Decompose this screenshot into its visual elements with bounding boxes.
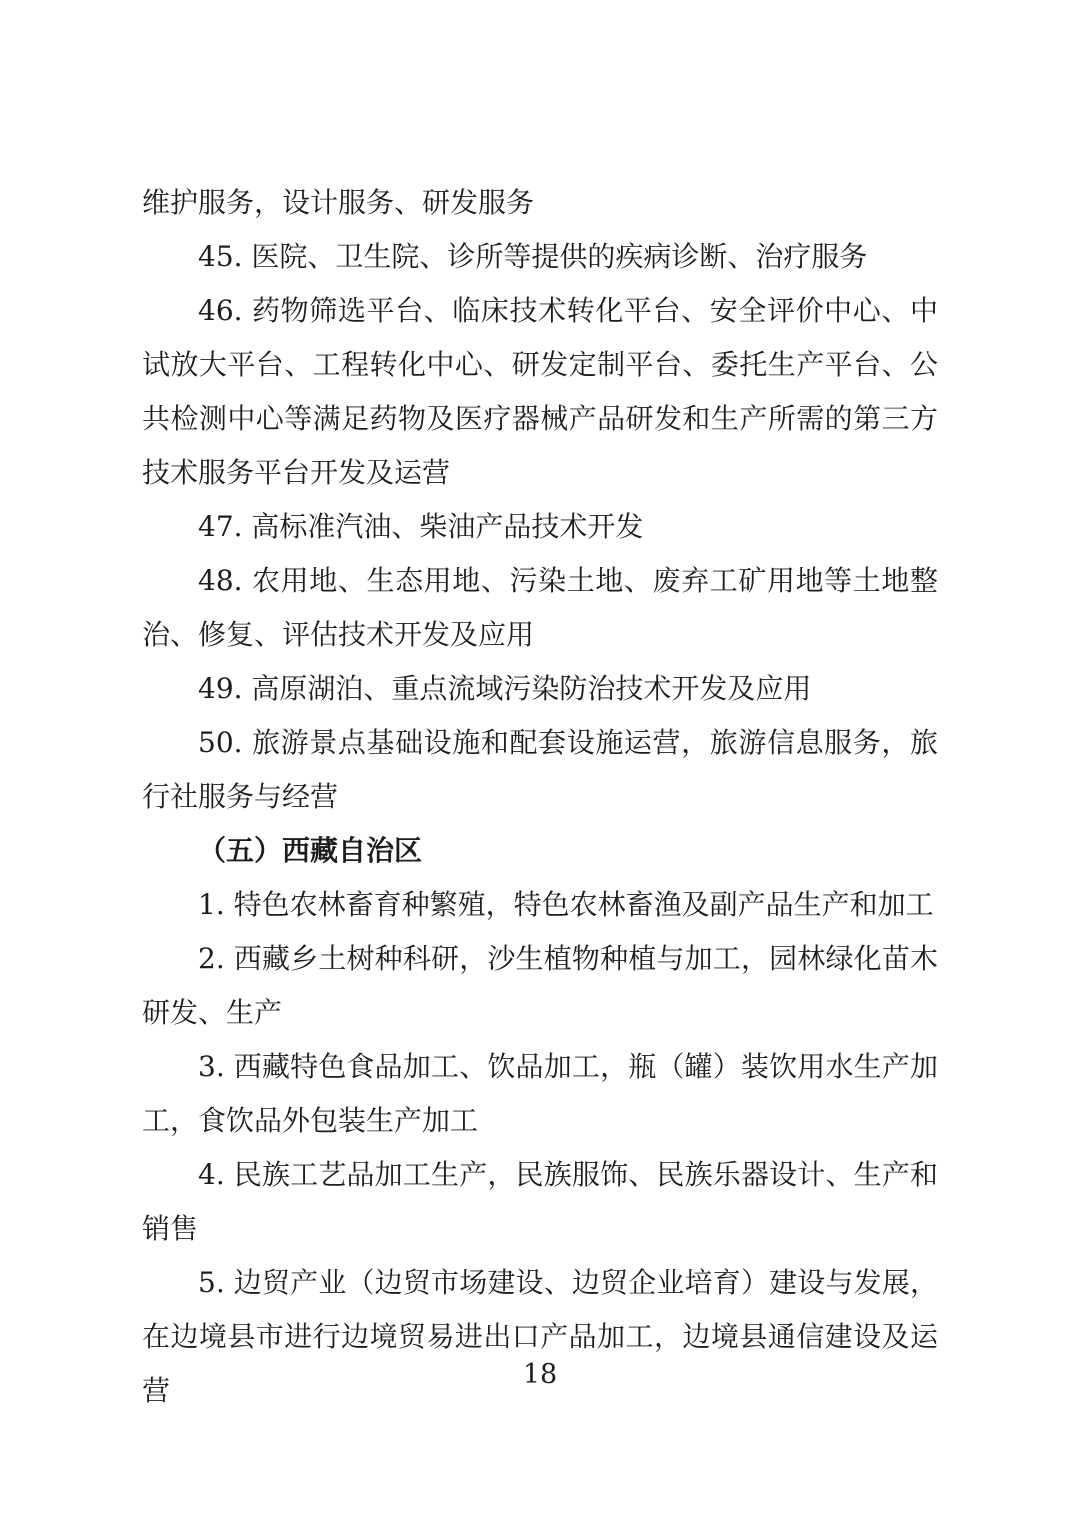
paragraph: 47. 高标准汽油、柴油产品技术开发	[142, 500, 938, 554]
paragraph: 50. 旅游景点基础设施和配套设施运营，旅游信息服务，旅行社服务与经营	[142, 716, 938, 824]
paragraph: 49. 高原湖泊、重点流域污染防治技术开发及应用	[142, 662, 938, 716]
paragraph: 4. 民族工艺品加工生产，民族服饰、民族乐器设计、生产和销售	[142, 1148, 938, 1256]
page-number: 18	[0, 1348, 1080, 1402]
paragraph: 维护服务，设计服务、研发服务	[142, 176, 938, 230]
document-page: 维护服务，设计服务、研发服务45. 医院、卫生院、诊所等提供的疾病诊断、治疗服务…	[0, 0, 1080, 1527]
paragraph: 46. 药物筛选平台、临床技术转化平台、安全评价中心、中试放大平台、工程转化中心…	[142, 284, 938, 500]
paragraph: 48. 农用地、生态用地、污染土地、废弃工矿用地等土地整治、修复、评估技术开发及…	[142, 554, 938, 662]
section-heading: （五）西藏自治区	[142, 824, 938, 878]
paragraph: 1. 特色农林畜育种繁殖，特色农林畜渔及副产品生产和加工	[142, 878, 938, 932]
paragraph: 45. 医院、卫生院、诊所等提供的疾病诊断、治疗服务	[142, 230, 938, 284]
document-body: 维护服务，设计服务、研发服务45. 医院、卫生院、诊所等提供的疾病诊断、治疗服务…	[142, 176, 938, 1418]
paragraph: 2. 西藏乡土树种科研，沙生植物种植与加工，园林绿化苗木研发、生产	[142, 932, 938, 1040]
paragraph: 3. 西藏特色食品加工、饮品加工，瓶（罐）装饮用水生产加工，食饮品外包装生产加工	[142, 1040, 938, 1148]
